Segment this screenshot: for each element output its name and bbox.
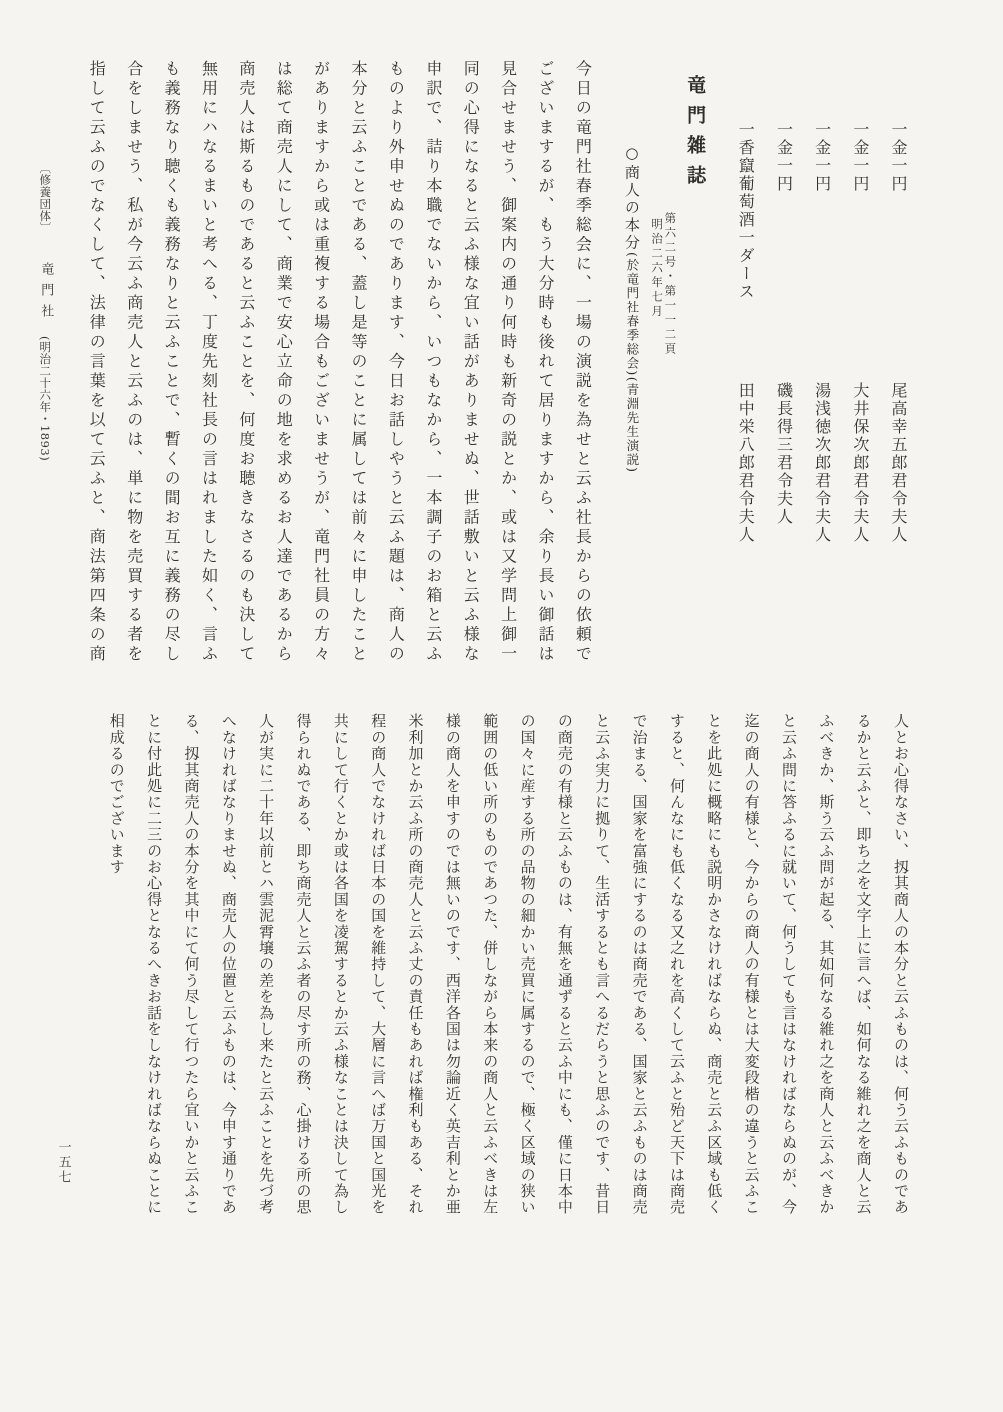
- scanned-document-page: 一金一円 尾高幸五郎君令夫人 一金一円 大井保次郎君令夫人 一金一円 湯浅徳次郎…: [0, 0, 1003, 1412]
- donor-name: 磯長得三君令夫人: [774, 382, 793, 526]
- article-heading-speaker: (青淵先生演説): [625, 377, 640, 474]
- body-column: すると、何んなにも低くなる又之れを高くして云ふと殆ど天下は商売: [667, 713, 686, 1218]
- journal-issue-date: 明治二六年七月: [650, 212, 663, 692]
- note-category: 〔修養団体〕: [37, 162, 53, 234]
- donation-amount: 一金一円: [813, 121, 832, 193]
- body-column: 共にして行くとか或は各国を凌駕するとか云ふ様なことは決して為し: [331, 713, 350, 1218]
- body-column: 本分と云ふことである、蓋し是等のことに属しては前々に申したこと: [349, 60, 367, 692]
- donation-entry: 一金一円 大井保次郎君令夫人: [851, 60, 870, 692]
- note-year: (明治二十六年・1893): [37, 336, 53, 461]
- body-column: ふべきか、斯う云ふ問が起る、其如何なる維れ之を商人と云ふべきか: [817, 713, 836, 1218]
- donor-name: 湯浅徳次郎君令夫人: [812, 382, 831, 544]
- body-column: で治まる、国家を富強にするのは商売である、国家と云ふものは商売: [630, 713, 649, 1218]
- body-column: と云ふ問に答ふるに就いて、何うしても言はなければならぬのが、今: [779, 713, 798, 1218]
- donation-amount: 一香竄葡萄酒一ダース: [736, 121, 755, 301]
- journal-title: 竜門雑誌: [682, 60, 706, 692]
- donation-amount: 一金一円: [851, 121, 870, 193]
- donation-amount: 一金一円: [774, 121, 793, 193]
- body-column: も義務なり聴くも義務なりと云ふことで、暫くの間お互に義務の尽し: [162, 60, 180, 692]
- body-column: 無用にハなるまいと考へる、丁度先刻社長の言はれました如く、言ふ: [199, 60, 217, 692]
- body-column: 迄の商人の有様と、今からの商人の有様とは大変段楷の違うと云ふこ: [742, 713, 761, 1218]
- body-column: がありますから或は重複する場合もございませうが、竜門社員の方々: [311, 60, 329, 692]
- donation-entry: 一金一円 磯長得三君令夫人: [774, 60, 793, 692]
- body-column: とに付此処に二三のお心得となるへきお話をしなければならぬことに: [144, 713, 163, 1218]
- article-heading: ○商人の本分(於竜門社春季総会)(青淵先生演説): [621, 60, 641, 692]
- body-column: るかと云ふと、即ち之を文字上に言へば、如何なる維れ之を商人と云: [854, 713, 873, 1218]
- body-column: 申訳で、詰り本職でないから、いつもなから、一本調子のお箱と云ふ: [423, 60, 441, 692]
- donor-name: 大井保次郎君令夫人: [851, 382, 870, 544]
- donation-entry: 一香竄葡萄酒一ダース 田中栄八郎君令夫人: [736, 60, 755, 692]
- donor-name: 田中栄八郎君令夫人: [736, 382, 755, 544]
- article-heading-venue: (於竜門社春季総会): [625, 252, 640, 377]
- body-column: ございまするが、もう大分時も後れて居りますから、余り長い御話は: [536, 60, 554, 692]
- body-column: 今日の竜門社春季総会に、一場の演説を為せと云ふ社長からの依頼で: [573, 60, 591, 692]
- journal-issue-group: 第六二号・第一一二頁 明治二六年七月: [650, 60, 676, 692]
- body-column: 人が実に二十年以前とハ雲泥霄壌の差を為し来たと云ふことを先づ考: [256, 713, 275, 1218]
- body-column: の国々に産する所の品物の細かい売買に属するので、極く区域の狭い: [518, 713, 537, 1218]
- donation-entry: 一金一円 湯浅徳次郎君令夫人: [812, 60, 831, 692]
- note-organization: 竜門社: [36, 262, 54, 325]
- body-column: は総て商売人にして、商業で安心立命の地を求めるお人達であるから: [274, 60, 292, 692]
- body-column: へなければなりませぬ、商売人の位置と云ふものは、今申す通りであ: [219, 713, 238, 1218]
- body-column: 同の心得になると云ふ様な宜い話がありませぬ、世話敷いと云ふ様な: [461, 60, 479, 692]
- body-column: と云ふ実力に拠りて、生活するとも言へるだらうと思ふのです、昔日: [593, 713, 612, 1218]
- body-column: 範囲の低い所のものであつた、併しながら本来の商人と云ふべきは左: [480, 713, 499, 1218]
- body-column: とを此処に概略にも説明かさなければならぬ、商売と云ふ区域も低く: [705, 713, 724, 1218]
- margin-note: 〔修養団体〕 竜門社 (明治二十六年・1893): [36, 162, 54, 682]
- donation-amount: 一金一円: [889, 121, 908, 193]
- article-heading-main: ○商人の本分: [623, 144, 641, 252]
- donation-entry: 一金一円 尾高幸五郎君令夫人: [889, 60, 908, 692]
- donor-name: 尾高幸五郎君令夫人: [889, 382, 908, 544]
- body-column: 米利加とか云ふ所の商売人と云ふ丈の責任もあれば権利もある、それ: [406, 713, 425, 1218]
- top-text-block: 一金一円 尾高幸五郎君令夫人 一金一円 大井保次郎君令夫人 一金一円 湯浅徳次郎…: [68, 60, 908, 692]
- body-column: 人とお心得なさい、扨其商人の本分と云ふものは、何う云ふものであ: [891, 713, 910, 1218]
- page-number: 一五七: [55, 1140, 71, 1185]
- body-column: 商売人は斯るものであると云ふことを、何度お聴きなさるのも決して: [236, 60, 254, 692]
- body-column: ものより外申せぬのであります、今日お話しやうと云ふ題は、商人の: [386, 60, 404, 692]
- journal-issue-number: 第六二号・第一一二頁: [663, 212, 676, 692]
- body-column: 指して云ふのでなくして、法律の言葉を以て云ふと、商法第四条の商: [87, 60, 105, 692]
- body-column: 程の商人でなければ日本の国を維持して、大層に言へば万国と国光を: [368, 713, 387, 1218]
- body-column: 見合せませう、御案内の通り何時も新奇の説とか、或は又学問上御一: [498, 60, 516, 692]
- body-column: る、扨其商売人の本分を其中にて何う尽して行つたら宜いかと云ふこ: [182, 713, 201, 1218]
- body-column: の商売の有様と云ふものは、有無を通ずると云ふ中にも、僅に日本中: [555, 713, 574, 1218]
- body-column: 相成るのでございます: [107, 713, 126, 1218]
- bottom-text-block: 人とお心得なさい、扨其商人の本分と云ふものは、何う云ふものであ るかと云ふと、即…: [88, 713, 910, 1218]
- body-column: 得られぬである、即ち商売人と云ふ者の尽す所の務、心掛ける所の思: [294, 713, 313, 1218]
- body-column: 合をしませう、私が今云ふ商売人と云ふのは、単に物を売買する者を: [124, 60, 142, 692]
- body-column: 様の商人を申すのでは無いのです、西洋各国は勿論近く英吉利とか亜: [443, 713, 462, 1218]
